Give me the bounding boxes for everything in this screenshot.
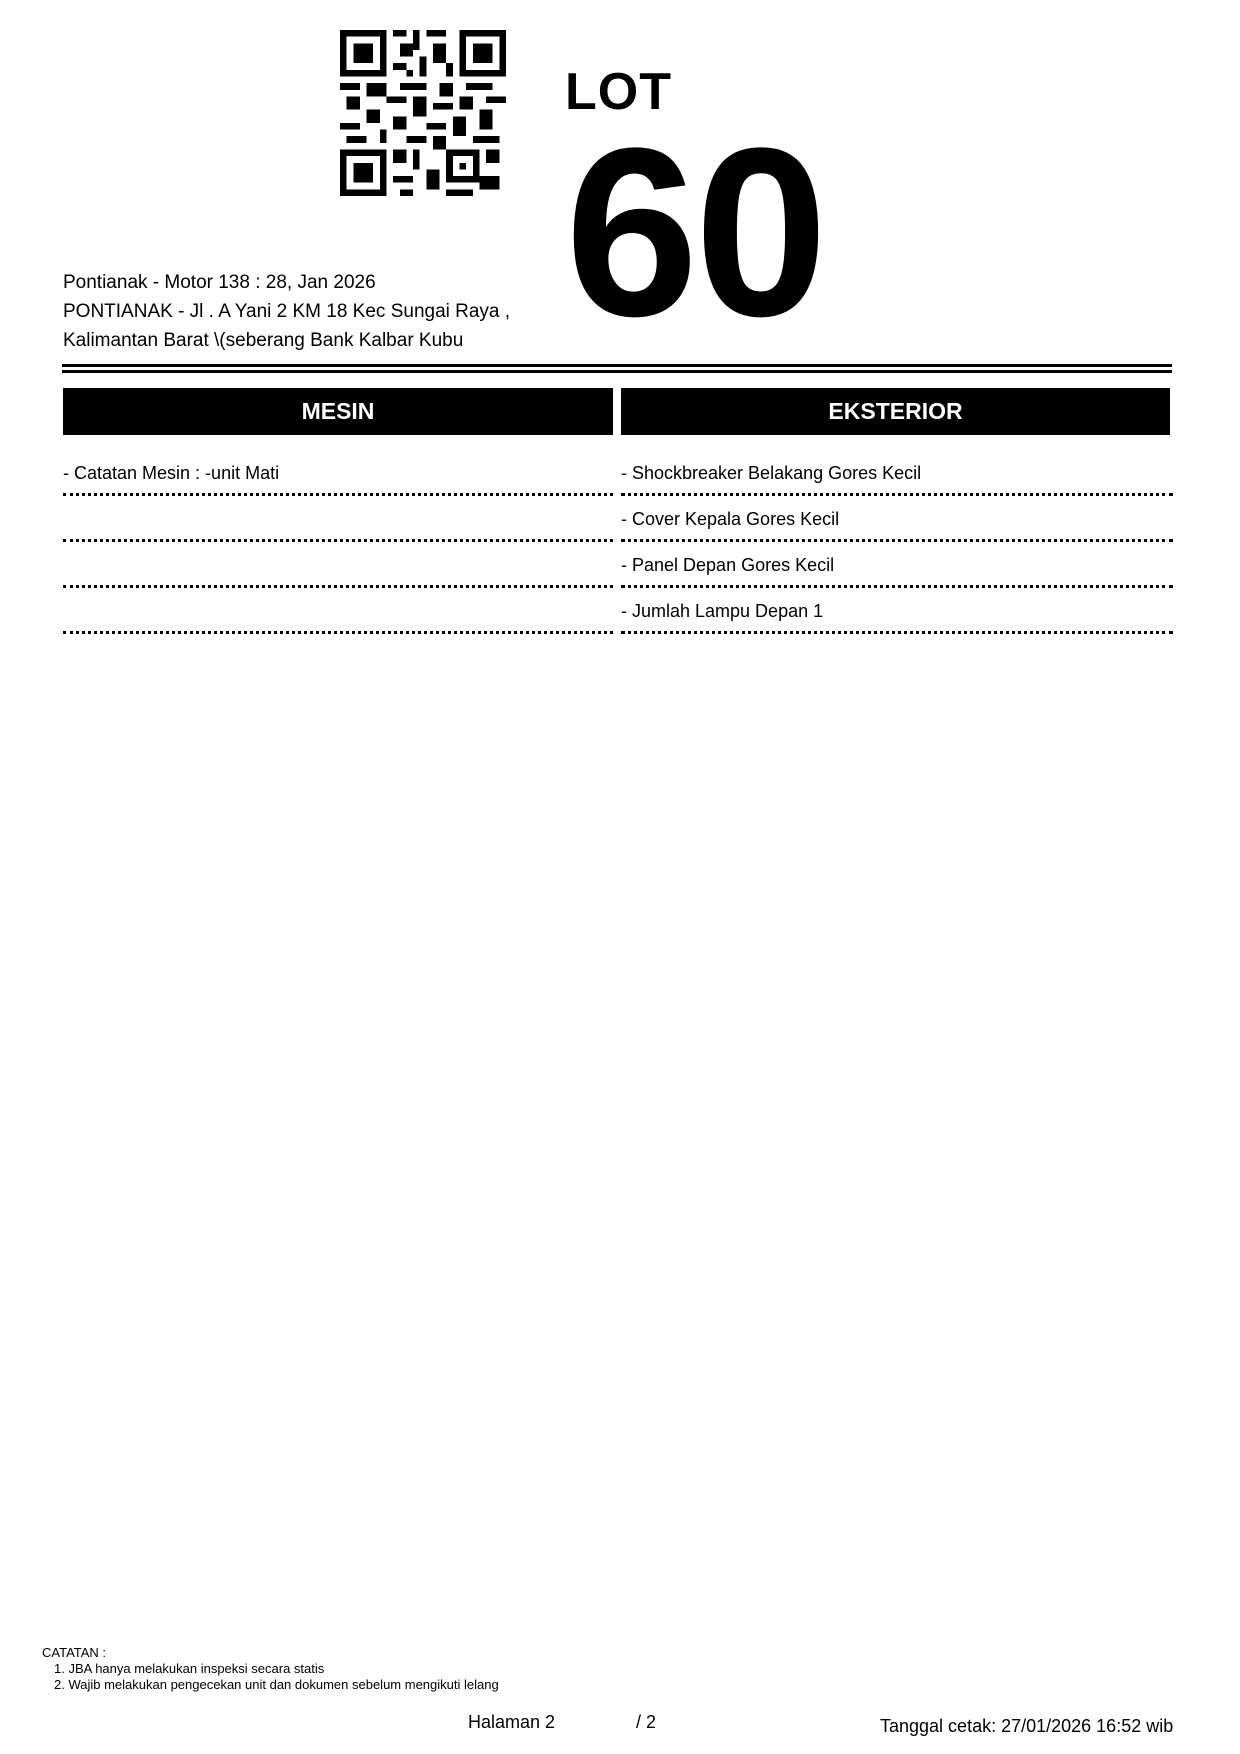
mesin-row xyxy=(63,542,613,588)
eksterior-row-text: - Panel Depan Gores Kecil xyxy=(621,555,834,576)
print-date: Tanggal cetak: 27/01/2026 16:52 wib xyxy=(880,1716,1173,1737)
notes-title: CATATAN : xyxy=(42,1645,499,1661)
section-header-eksterior: EKSTERIOR xyxy=(621,388,1170,435)
footer-notes: CATATAN : 1. JBA hanya melakukan inspeks… xyxy=(42,1645,499,1693)
page-number: Halaman 2 xyxy=(468,1712,555,1733)
divider-bottom xyxy=(62,370,1172,373)
auction-info: Pontianak - Motor 138 : 28, Jan 2026 PON… xyxy=(63,268,510,355)
address-line-1: PONTIANAK - Jl . A Yani 2 KM 18 Kec Sung… xyxy=(63,297,510,326)
divider-top xyxy=(62,364,1172,367)
eksterior-row: - Shockbreaker Belakang Gores Kecil xyxy=(621,450,1173,496)
mesin-row xyxy=(63,496,613,542)
eksterior-row-text: - Jumlah Lampu Depan 1 xyxy=(621,601,823,622)
eksterior-row: - Panel Depan Gores Kecil xyxy=(621,542,1173,588)
section-header-mesin: MESIN xyxy=(63,388,613,435)
mesin-row: - Catatan Mesin : -unit Mati xyxy=(63,450,613,496)
note-item: 2. Wajib melakukan pengecekan unit dan d… xyxy=(42,1677,499,1693)
mesin-row-text: - Catatan Mesin : -unit Mati xyxy=(63,463,279,484)
page-total: / 2 xyxy=(636,1712,656,1733)
auction-line: Pontianak - Motor 138 : 28, Jan 2026 xyxy=(63,268,510,297)
eksterior-row: - Cover Kepala Gores Kecil xyxy=(621,496,1173,542)
address-line-2: Kalimantan Barat \(seberang Bank Kalbar … xyxy=(63,326,510,355)
mesin-row xyxy=(63,588,613,634)
eksterior-row-text: - Shockbreaker Belakang Gores Kecil xyxy=(621,463,921,484)
lot-number: 60 xyxy=(565,112,824,352)
eksterior-row-text: - Cover Kepala Gores Kecil xyxy=(621,509,839,530)
note-item: 1. JBA hanya melakukan inspeksi secara s… xyxy=(42,1661,499,1677)
qr-code-icon xyxy=(340,30,506,196)
eksterior-row: - Jumlah Lampu Depan 1 xyxy=(621,588,1173,634)
